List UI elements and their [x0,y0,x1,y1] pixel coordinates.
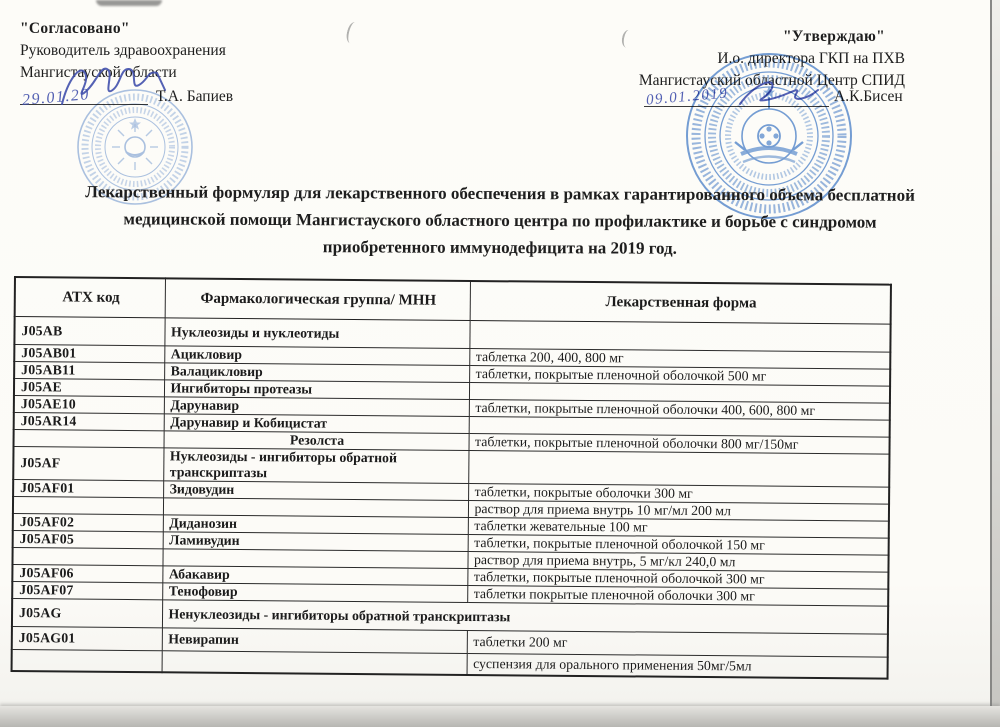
atx-code-cell [12,649,162,672]
pharm-group-cell: Диданозин [163,515,468,535]
pharm-group-cell [162,651,467,675]
document-title: Лекарственный формуляр для лекарственног… [80,178,920,263]
atx-code-cell: J05AR14 [14,413,164,431]
dosage-form-cell: суспензия для орального применения 50мг/… [467,653,888,678]
atx-code-cell: J05AG01 [12,626,162,650]
column-header-atx-code: АТХ код [15,277,165,318]
dosage-form-cell [469,320,890,352]
page-edge-shadow-right [990,0,1000,727]
atx-code-cell: J05AE10 [14,396,164,414]
pharm-group-cell: Нуклеозиды и нуклеотиды [164,318,469,349]
approval-label: "Утверждаю" [555,26,905,48]
atx-code-cell: J05AF01 [13,480,163,498]
table-body: J05ABНуклеозиды и нуклеотидыJ05AB01Ацикл… [12,317,891,679]
scan-smudge [96,0,162,6]
atx-code-cell: J05AF07 [12,581,162,599]
formulary-table-wrap: АТХ код Фармакологическая группа/ МНН Ле… [11,276,890,680]
pharm-group-cell: Ламивудин [163,532,468,552]
column-header-pharm-group: Фармакологическая группа/ МНН [165,278,470,320]
atx-code-cell [12,547,162,565]
pharm-group-cell: Невирапин [162,628,467,654]
pharm-group-cell: Ингибиторы протеазы [164,380,469,400]
pharm-group-cell: Тенофовир [162,583,467,603]
atx-code-cell: J05AG [12,598,162,627]
pharm-group-cell: Валацикловир [164,363,469,383]
page-edge-shadow-bottom [0,706,1000,727]
agreement-line1: Руководитель здравоохранения [20,40,350,62]
atx-code-cell: J05AF05 [13,530,163,548]
dosage-form-cell [468,450,889,487]
atx-code-cell: J05AB11 [14,362,164,380]
atx-code-cell [13,497,163,515]
pharm-group-cell: Нуклеозиды - ингибиторы обратной транскр… [163,448,468,484]
scanned-document-page: "Согласовано" Руководитель здравоохранен… [0,0,1000,727]
atx-code-cell: J05AF [13,447,163,481]
pharm-group-cell: Ацикловир [164,346,469,366]
pharm-group-cell: Дарунавир [164,397,469,417]
pharm-group-cell: Дарунавир и Кобицистат [164,414,469,434]
agreement-label: "Согласовано" [20,18,350,40]
pharm-group-cell: Абакавир [162,566,467,586]
atx-code-cell: J05AE [14,379,164,397]
atx-code-cell: J05AF06 [12,564,162,582]
atx-code-cell [14,430,164,448]
atx-code-cell: J05AB01 [14,345,164,363]
atx-code-cell: J05AF02 [13,513,163,531]
pharm-group-cell: Зидовудин [163,481,468,501]
column-header-dosage-form: Лекарственная форма [470,281,891,324]
formulary-table: АТХ код Фармакологическая группа/ МНН Ле… [11,276,892,680]
atx-code-cell: J05AB [14,317,164,346]
